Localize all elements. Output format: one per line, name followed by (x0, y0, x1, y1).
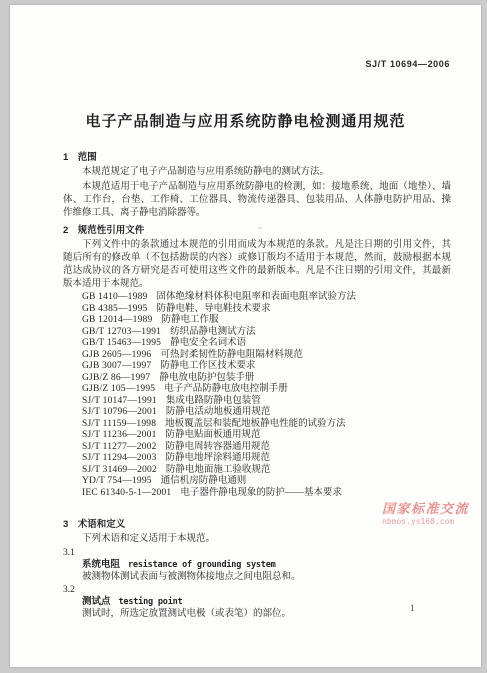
reference-code: SJ/T 11236—2001 (82, 430, 157, 440)
scan-artifact (258, 227, 262, 229)
term-definition: 被测物体测试表面与被测物体接地点之间电阻总和。 (63, 571, 451, 583)
reference-title: 可热封柔韧性防静电阻隔材料规范 (160, 350, 303, 360)
reference-title: 静电安全名词术语 (170, 338, 246, 348)
term-name-en: testing point (119, 597, 183, 607)
reference-item: GJB/Z 86—1997静电放电防护包装手册 (82, 373, 451, 385)
reference-item: GJB/Z 105—1995电子产品防静电放电控制手册 (82, 384, 451, 396)
page-number: 1 (410, 603, 415, 613)
term-3-2: 3.2 测试点testing point 测试时，所选定放置测试电极（或表笔）的… (63, 584, 451, 620)
reference-title: 电子器件静电现象的防护——基本要求 (180, 488, 342, 498)
reference-code: SJ/T 31469—2002 (82, 465, 157, 475)
reference-item: SJ/T 11277—2002防静电周转容器通用规范 (82, 442, 451, 454)
reference-code: YD/T 754—1995 (82, 476, 152, 486)
reference-code: SJ/T 11277—2002 (82, 442, 157, 452)
watermark-url: nbmos.ys168.com (382, 518, 469, 526)
reference-title: 防静电鞋、导电鞋技术要求 (156, 304, 270, 314)
reference-code: SJ/T 10147—1991 (82, 396, 157, 406)
reference-item: GJB 2605—1996可热封柔韧性防静电阻隔材料规范 (82, 350, 451, 362)
term-number: 3.2 (63, 584, 451, 596)
reference-item: GB/T 15463—1995静电安全名词术语 (82, 338, 451, 350)
reference-item: SJ/T 11236—2001防静电贴面板通用规范 (82, 430, 451, 442)
reference-item: SJ/T 11294—2003防静电地坪涂料通用规范 (82, 453, 451, 465)
reference-title: 固体绝缘材料体积电阻率和表面电阻率试验方法 (156, 292, 356, 302)
term-name-line: 测试点testing point (63, 596, 451, 608)
term-name-en: resistance of grounding system (128, 560, 276, 570)
reference-title: 防静电地面施工验收规范 (166, 465, 271, 475)
red-watermark: 国家标准交流 nbmos.ys168.com (382, 502, 469, 526)
section-1-paragraph-1: 本规范规定了电子产品制造与应用系统防静电的测试方法。 (63, 166, 451, 179)
section-2-intro: 下列文件中的条款通过本规范的引用而成为本规范的条款。凡是注日期的引用文件，其随后… (63, 239, 451, 291)
watermark-text: 国家标准交流 (382, 502, 469, 515)
section-1-heading: 1 范围 (63, 151, 451, 164)
term-definition: 测试时，所选定放置测试电极（或表笔）的部位。 (63, 608, 451, 620)
reference-title: 防静电工作区技术要求 (160, 361, 255, 371)
reference-item: GB/T 12703—1991纺织品静电测试方法 (82, 327, 451, 339)
term-name-line: 系统电阻resistance of grounding system (63, 559, 451, 571)
reference-code: GJB/Z 105—1995 (82, 384, 155, 394)
reference-title: 防静电地坪涂料通用规范 (166, 453, 271, 463)
reference-item: SJ/T 31469—2002防静电地面施工验收规范 (82, 465, 451, 477)
reference-title: 电子产品防静电放电控制手册 (164, 384, 288, 394)
reference-title: 通信机房防静电通则 (161, 476, 247, 486)
reference-item: IEC 61340-5-1—2001电子器件静电现象的防护——基本要求 (82, 488, 451, 500)
reference-item: GB 4385—1995防静电鞋、导电鞋技术要求 (82, 304, 451, 316)
reference-title: 地板覆盖层和装配地板静电性能的试验方法 (165, 419, 346, 429)
reference-code: GJB/Z 86—1997 (82, 373, 150, 383)
reference-code: IEC 61340-5-1—2001 (82, 488, 171, 498)
section-2-heading: 2 规范性引用文件 (63, 224, 451, 237)
reference-title: 防静电活动地板通用规范 (166, 407, 271, 417)
standard-code-header: SJ/T 10694—2006 (365, 59, 450, 69)
reference-item: YD/T 754—1995通信机房防静电通则 (82, 476, 451, 488)
reference-title: 防静电贴面板通用规范 (166, 430, 261, 440)
document-page: SJ/T 10694—2006 电子产品制造与应用系统防静电检测通用规范 1 范… (10, 5, 481, 667)
reference-item: GB 12014—1989防静电工作服 (82, 315, 451, 327)
document-body: 1 范围 本规范规定了电子产品制造与应用系统防静电的测试方法。 本规范适用于电子… (63, 151, 451, 620)
document-title: 电子产品制造与应用系统防静电检测通用规范 (10, 110, 481, 131)
reference-code: GB 1410—1989 (82, 292, 147, 302)
normative-references-list: GB 1410—1989固体绝缘材料体积电阻率和表面电阻率试验方法 GB 438… (63, 292, 451, 499)
scan-artifact (310, 201, 316, 202)
reference-code: SJ/T 11159—1998 (82, 419, 156, 429)
reference-code: SJ/T 11294—2003 (82, 453, 157, 463)
term-3-1: 3.1 系统电阻resistance of grounding system 被… (63, 547, 451, 583)
reference-code: GB/T 12703—1991 (82, 327, 161, 337)
reference-item: SJ/T 10147—1991集成电路防静电包装管 (82, 396, 451, 408)
reference-title: 防静电工作服 (161, 315, 218, 325)
reference-code: GB 12014—1989 (82, 315, 152, 325)
reference-item: SJ/T 11159—1998地板覆盖层和装配地板静电性能的试验方法 (82, 419, 451, 431)
reference-code: GB 4385—1995 (82, 304, 147, 314)
section-1-paragraph-2: 本规范适用于电子产品制造与应用系统防静电的检测，如：接地系统、地面（地垫）、墙体… (63, 181, 451, 220)
reference-title: 纺织品静电测试方法 (170, 327, 256, 337)
term-number: 3.1 (63, 547, 451, 559)
section-3-intro: 下列术语和定义适用于本规范。 (63, 533, 451, 546)
term-name-zh: 系统电阻 (82, 559, 120, 570)
reference-item: SJ/T 10796—2001防静电活动地板通用规范 (82, 407, 451, 419)
reference-code: GJB 3007—1997 (82, 361, 151, 371)
reference-code: SJ/T 10796—2001 (82, 407, 157, 417)
reference-title: 集成电路防静电包装管 (166, 396, 261, 406)
reference-code: GJB 2605—1996 (82, 350, 151, 360)
reference-code: GB/T 15463—1995 (82, 338, 161, 348)
reference-item: GB 1410—1989固体绝缘材料体积电阻率和表面电阻率试验方法 (82, 292, 451, 304)
reference-item: GJB 3007—1997防静电工作区技术要求 (82, 361, 451, 373)
reference-title: 防静电周转容器通用规范 (166, 442, 271, 452)
scanned-document-view: SJ/T 10694—2006 电子产品制造与应用系统防静电检测通用规范 1 范… (0, 0, 487, 673)
term-name-zh: 测试点 (82, 596, 111, 607)
reference-title: 静电放电防护包装手册 (159, 373, 254, 383)
